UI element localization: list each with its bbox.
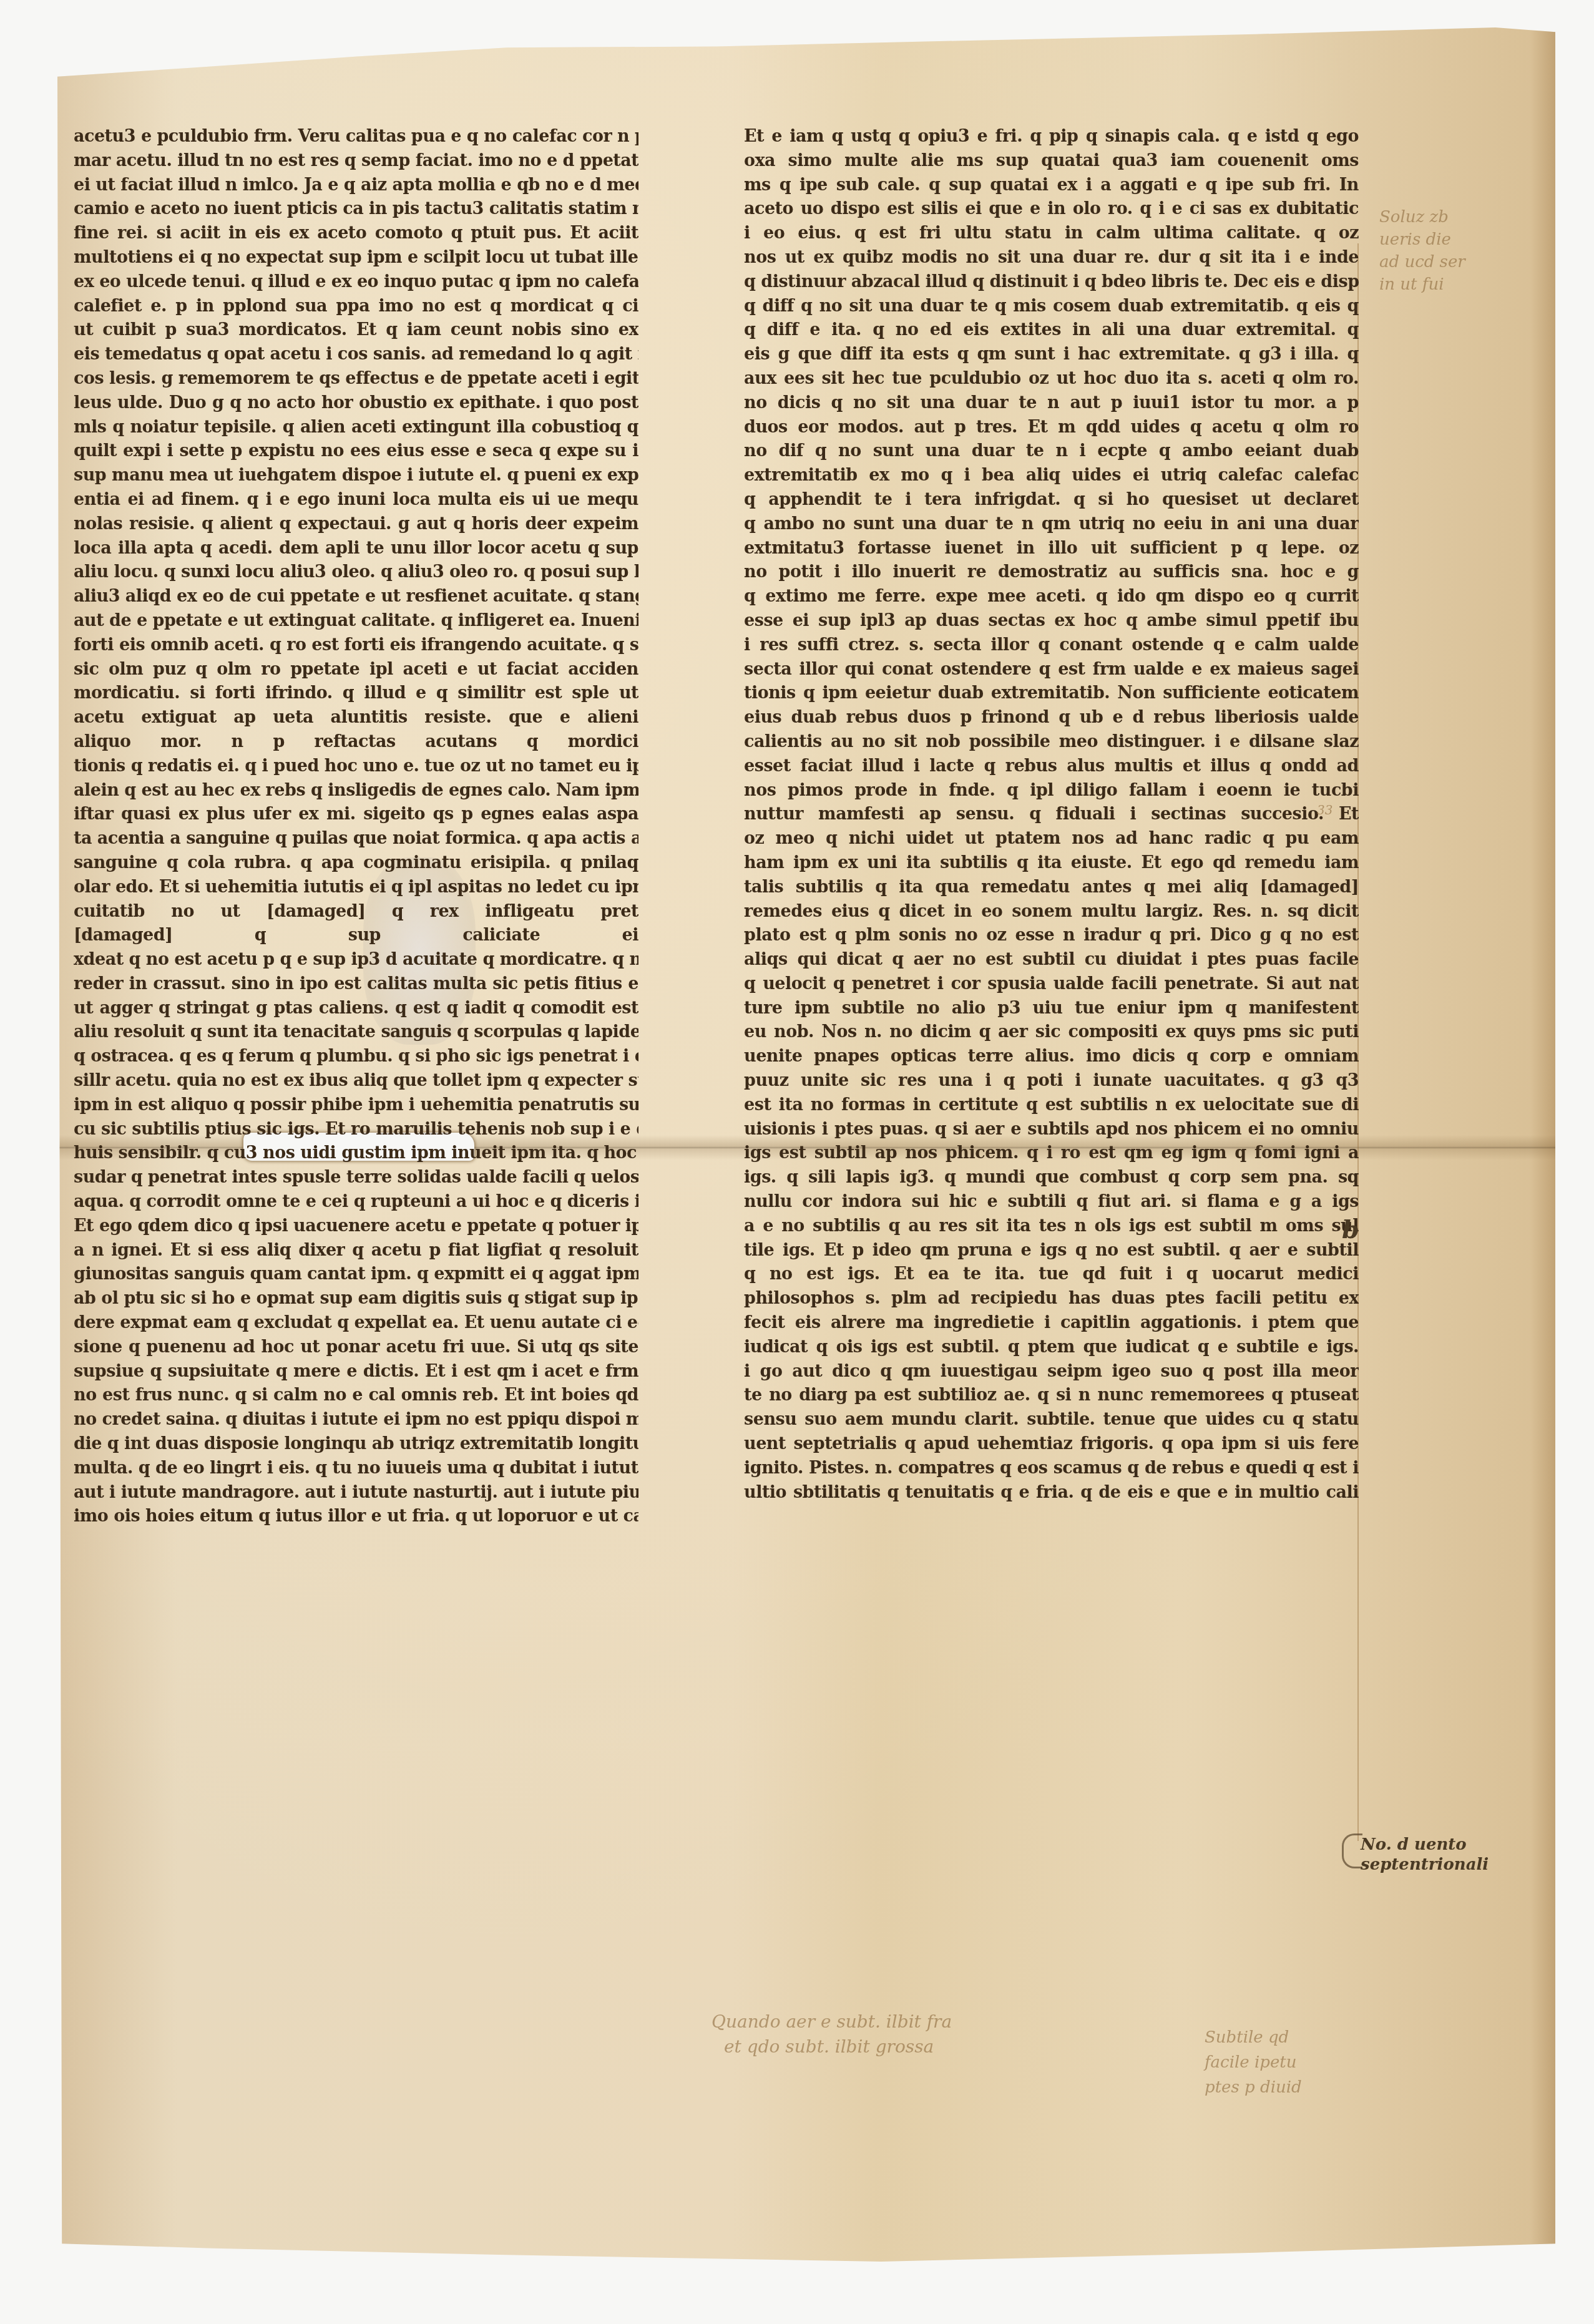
manuscript-line: no est frus nunc. q si calm no e cal omn… <box>74 1384 638 1408</box>
manuscript-line: ex eo ulcede tenui. q illud e ex eo inqu… <box>74 270 638 295</box>
manuscript-line: loca illa apta q acedi. dem apli te unu … <box>74 537 638 561</box>
manuscript-line: ab ol ptu sic si ho e opmat sup eam digi… <box>74 1287 638 1311</box>
manuscript-line: i res suffi ctrez. s. secta illor q cona… <box>744 633 1359 658</box>
manuscript-line: aliu locu. q sunxi locu aliu3 oleo. q al… <box>74 560 638 585</box>
manuscript-line: eis temedatus q opat acetu i cos sanis. … <box>74 343 638 367</box>
manuscript-line: te no diarg pa est subtilioz ae. q si n … <box>744 1384 1359 1408</box>
manuscript-line: quilt expi i sette p expistu no ees eius… <box>74 439 638 464</box>
manuscript-line: mar acetu. illud tn no est res q semp fa… <box>74 149 638 173</box>
manuscript-line: ei ut faciat illud n imlco. Ja e q aiz a… <box>74 173 638 198</box>
manuscript-line: puuz unite sic res una i q poti i iunate… <box>744 1069 1359 1093</box>
manuscript-line: ham ipm ex uni ita subtilis q ita eiuste… <box>744 851 1359 876</box>
manuscript-line: giunositas sanguis quam cantat ipm. q ex… <box>74 1262 638 1287</box>
manuscript-line: [damaged] q sup caliciate ei <box>74 924 638 948</box>
manuscript-line: igs est subtil ap nos phicem. q i ro est… <box>744 1141 1359 1166</box>
manuscript-line: calientis au no sit nob possibile meo di… <box>744 730 1359 754</box>
manuscript-line: no dif q no sunt una duar te n i ecpte q… <box>744 439 1359 464</box>
manuscript-line: secta illor qui conat ostendere q est fr… <box>744 658 1359 682</box>
manuscript-line: iudicat q ois igs est subtil. q ptem que… <box>744 1335 1359 1360</box>
manuscript-line: i go aut dico q qm iuuestigau seipm igeo… <box>744 1360 1359 1384</box>
manuscript-line: q diff e ita. q no ed eis extites in ali… <box>744 318 1359 343</box>
manuscript-line: q extimo me ferre. expe mee aceti. q ido… <box>744 585 1359 609</box>
manuscript-line: nos ut ex quibz modis no sit una duar re… <box>744 246 1359 270</box>
marginal-bracket <box>1342 1833 1362 1868</box>
manuscript-line: q apphendit te i tera infrigdat. q si ho… <box>744 488 1359 512</box>
manuscript-line: Et ego qdem dico q ipsi uacuenere acetu … <box>74 1214 638 1239</box>
manuscript-line: nuttur mamfesti ap sensu. q fiduali i se… <box>744 803 1359 827</box>
manuscript-line: dere expmat eam q excludat q expellat ea… <box>74 1311 638 1335</box>
right-text-column: Et e iam q ustq q opiu3 e fri. q pip q s… <box>744 125 1359 1505</box>
manuscript-line: olar edo. Et si uehemitia iututis ei q i… <box>74 876 638 900</box>
manuscript-line: aqua. q corrodit omne te e cei q rupteun… <box>74 1190 638 1214</box>
marginal-note-bottom-right: Subtile qd facile ipetu ptes p diuid <box>1205 2025 1302 2100</box>
manuscript-line: die q int duas disposie longinqu ab utri… <box>74 1432 638 1457</box>
manuscript-line: ms q ipe sub cale. q sup quatai ex i a a… <box>744 173 1359 198</box>
manuscript-line: acetu extiguat ap ueta aluntitis resiste… <box>74 706 638 730</box>
manuscript-line: sione q puenenu ad hoc ut ponar acetu fr… <box>74 1335 638 1360</box>
manuscript-line: duos eor modos. aut p tres. Et m qdd uid… <box>744 416 1359 440</box>
manuscript-line: ultio sbtilitatis q tenuitatis q e fria.… <box>744 1481 1359 1505</box>
manuscript-line: aliu resoluit q sunt ita tenacitate sang… <box>74 1020 638 1045</box>
manuscript-line: q no est igs. Et ea te ita. tue qd fuit … <box>744 1262 1359 1287</box>
manuscript-line: calefiet e. p in pplond sua ppa imo no e… <box>74 295 638 319</box>
manuscript-line: aux ees sit hec tue pculdubio oz ut hoc … <box>744 367 1359 391</box>
manuscript-line: sudar q penetrat intes spusle terre soli… <box>74 1166 638 1190</box>
manuscript-line: aliquo mor. n p reftactas acutans q mord… <box>74 730 638 754</box>
manuscript-line: ut cuibit p sua3 mordicatos. Et q iam ce… <box>74 318 638 343</box>
manuscript-line: imo ois hoies eitum q iutus illor e ut f… <box>74 1505 638 1529</box>
manuscript-line: nos pimos prode in fnde. q ipl diligo fa… <box>744 779 1359 803</box>
manuscript-line: remedes eius q dicet in eo sonem multu l… <box>744 900 1359 924</box>
manuscript-line: camio e aceto no iuent pticis ca in pis … <box>74 197 638 222</box>
manuscript-line: sanguine q cola rubra. q apa cogminatu e… <box>74 851 638 876</box>
manuscript-line: no credet saina. q diuitas i iutute ei i… <box>74 1408 638 1432</box>
marginal-note-top-right: Soluz zb ueris die ad ucd ser in ut fui <box>1379 206 1465 296</box>
manuscript-line: igs. q sili lapis ig3. q mundi que combu… <box>744 1166 1359 1190</box>
manuscript-line: q ambo no sunt una duar te n qm utriq no… <box>744 512 1359 537</box>
manuscript-line: eu nob. Nos n. no dicim q aer sic compos… <box>744 1020 1359 1045</box>
manuscript-line: multa. q de eo lingrt i eis. q tu no iuu… <box>74 1457 638 1481</box>
manuscript-line: no potit i illo inuerit re demostratiz a… <box>744 560 1359 585</box>
manuscript-line: fecit eis alrere ma ingredietie i capitl… <box>744 1311 1359 1335</box>
manuscript-line: oz meo q nichi uidet ut ptatem nos ad ha… <box>744 827 1359 851</box>
manuscript-line: sup manu mea ut iuehgatem dispoe i iutut… <box>74 464 638 488</box>
manuscript-line: a e no subtilis q au res sit ita tes n o… <box>744 1214 1359 1239</box>
manuscript-line: nolas resisie. q alient q expectaui. g a… <box>74 512 638 537</box>
manuscript-line: q uelocit q penetret i cor spusia ualde … <box>744 972 1359 997</box>
manuscript-line: fine rei. si aciit in eis ex aceto comot… <box>74 222 638 246</box>
manuscript-line: esse ei sup ipl3 ap duas sectas ex hoc q… <box>744 609 1359 633</box>
manuscript-line: tile igs. Et p ideo qm pruna e igs q no … <box>744 1239 1359 1263</box>
manuscript-line: tionis q redatis ei. q i pued hoc uno e.… <box>74 754 638 779</box>
manuscript-line: esset faciat illud i lacte q rebus alus … <box>744 754 1359 779</box>
manuscript-line: sic olm puz q olm ro ppetate ipl aceti e… <box>74 658 638 682</box>
manuscript-line: ture ipm subtile no alio p3 uiu tue eniu… <box>744 997 1359 1021</box>
manuscript-line: q ostracea. q es q ferum q plumbu. q si … <box>74 1045 638 1069</box>
manuscript-line: alein q est au hec ex rebs q insligedis … <box>74 779 638 803</box>
manuscript-line: uisionis i ptes puas. q si aer e subtils… <box>744 1118 1359 1142</box>
manuscript-line: entia ei ad finem. q i e ego inuni loca … <box>74 488 638 512</box>
manuscript-line: xdeat q no est acetu p q e sup ip3 d acu… <box>74 948 638 972</box>
manuscript-line: Et e iam q ustq q opiu3 e fri. q pip q s… <box>744 125 1359 149</box>
manuscript-line: extmitatu3 fortasse iuenet in illo uit s… <box>744 537 1359 561</box>
manuscript-line: oxa simo multe alie ms sup quatai qua3 i… <box>744 149 1359 173</box>
manuscript-line: reder in crassut. sino in ipo est calita… <box>74 972 638 997</box>
manuscript-line: acetu3 e pculdubio frm. Veru calitas pua… <box>74 125 638 149</box>
manuscript-line: huis sensibilr. q cu3 nos uidi gustim ip… <box>74 1141 638 1166</box>
manuscript-line: aliu3 aliqd ex eo de cui ppetate e ut re… <box>74 585 638 609</box>
manuscript-line: no dicis q no sit una duar te n aut p iu… <box>744 391 1359 416</box>
manuscript-line: plato est q plm sonis no oz esse n iradu… <box>744 924 1359 948</box>
manuscript-line: ignito. Pistes. n. compatres q eos scamu… <box>744 1457 1359 1481</box>
folio-number: 33 <box>1317 799 1332 821</box>
marginal-glyph: b <box>1342 1217 1359 1243</box>
manuscript-line: uenite pnapes opticas terre alius. imo d… <box>744 1045 1359 1069</box>
manuscript-line: leus ulde. Duo g q no acto hor obustio e… <box>74 391 638 416</box>
manuscript-line: q distinuur abzacal illud q distinuit i … <box>744 270 1359 295</box>
manuscript-line: sillr acetu. quia no est ex ibus aliq qu… <box>74 1069 638 1093</box>
manuscript-line: tionis q ipm eeietur duab extremitatib. … <box>744 681 1359 706</box>
manuscript-line: cuitatib no ut [damaged] q rex infligeat… <box>74 900 638 924</box>
manuscript-line: eis g que diff ita ests q qm sunt i hac … <box>744 343 1359 367</box>
manuscript-line: ipm in est aliquo q possir phibe ipm i u… <box>74 1093 638 1118</box>
manuscript-line: mls q noiatur tepisile. q alien aceti ex… <box>74 416 638 440</box>
manuscript-line: aceto uo dispo est silis ei que e in olo… <box>744 197 1359 222</box>
manuscript-line: cos lesis. g rememorem te qs effectus e … <box>74 367 638 391</box>
manuscript-line: supsiue q supsiuitate q mere e dictis. E… <box>74 1360 638 1384</box>
manuscript-line: sensu suo aem mundu clarit. subtile. ten… <box>744 1408 1359 1432</box>
manuscript-line: i eo eius. q est fri ultu statu in calm … <box>744 222 1359 246</box>
manuscript-line: est ita no formas in certitute q est sub… <box>744 1093 1359 1118</box>
manuscript-line: extremitatib ex mo q i bea aliq uides ei… <box>744 464 1359 488</box>
manuscript-line: forti eis omnib aceti. q ro est forti ei… <box>74 633 638 658</box>
manuscript-line: aut i iutute mandragore. aut i iutute na… <box>74 1481 638 1505</box>
manuscript-line: multotiens ei q no expectat sup ipm e sc… <box>74 246 638 270</box>
manuscript-line: aliqs qui dicat q aer no est subtil cu d… <box>744 948 1359 972</box>
manuscript-line: ut agger q stringat g ptas caliens. q es… <box>74 997 638 1021</box>
manuscript-line: eius duab rebus duos p frinond q ub e d … <box>744 706 1359 730</box>
marginal-note-vento: No. d uento septentrionali <box>1361 1835 1489 1875</box>
manuscript-line: q diff q no sit una duar te q mis cosem … <box>744 295 1359 319</box>
manuscript-line: iftar quasi ex plus ufer ex mi. sigeito … <box>74 803 638 827</box>
left-text-column: acetu3 e pculdubio frm. Veru calitas pua… <box>74 125 638 1529</box>
manuscript-line: ta acentia a sanguine q puilas que noiat… <box>74 827 638 851</box>
manuscript-line: talis subtilis q ita qua remedatu antes … <box>744 876 1359 900</box>
manuscript-line: cu sic subtilis ptius sic igs. Et ro mar… <box>74 1118 638 1142</box>
manuscript-line: a n ignei. Et si ess aliq dixer q acetu … <box>74 1239 638 1263</box>
marginal-note-bottom-center: Quando aer e subt. ilbit fra et qdo subt… <box>711 2009 952 2059</box>
manuscript-line: nullu cor indora sui hic e subtili q fiu… <box>744 1190 1359 1214</box>
manuscript-line: mordicatiu. si forti ifrindo. q illud e … <box>74 681 638 706</box>
manuscript-line: philosophos s. plm ad recipiedu has duas… <box>744 1287 1359 1311</box>
manuscript-line: aut de e ppetate e ut extinguat calitate… <box>74 609 638 633</box>
manuscript-line: uent septetrialis q apud uehemtiaz frigo… <box>744 1432 1359 1457</box>
